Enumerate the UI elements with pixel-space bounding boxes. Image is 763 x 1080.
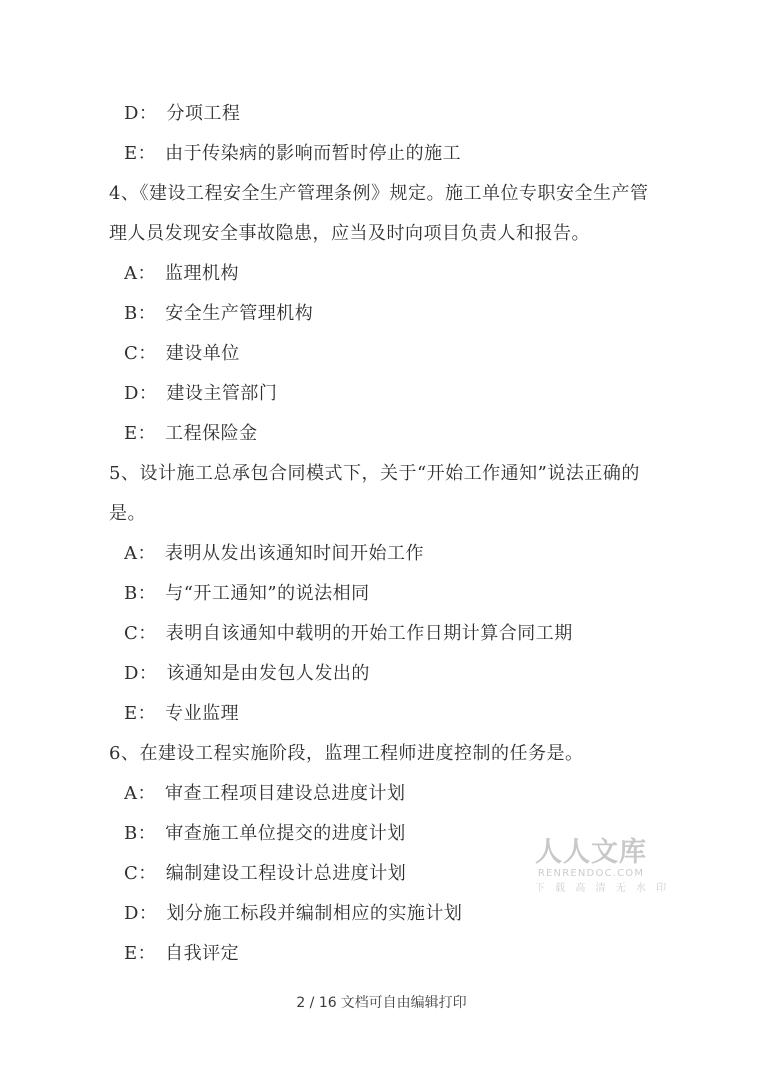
option-text: 专业监理: [165, 703, 239, 724]
option-text: 表明从发出该通知时间开始工作: [165, 543, 424, 564]
watermark: 人人文库 RENRENDOC.COM 下 载 高 清 无 水 印: [535, 839, 647, 896]
option-letter: E：: [124, 934, 156, 974]
option-letter: E：: [124, 694, 156, 734]
option-text: 该通知是由发包人发出的: [166, 663, 370, 684]
option-letter: D：: [124, 94, 157, 134]
document-body: D：分项工程 E：由于传染病的影响而暂时停止的施工 4、《建设工程安全生产管理条…: [0, 0, 763, 974]
option-letter: B：: [124, 574, 156, 614]
option-row: D：划分施工标段并编制相应的实施计划: [0, 894, 763, 934]
option-row: D：建设主管部门: [0, 374, 763, 414]
option-text: 划分施工标段并编制相应的实施计划: [166, 903, 462, 924]
option-letter: D：: [124, 374, 157, 414]
option-text: 审查施工单位提交的进度计划: [165, 823, 406, 844]
option-text: 自我评定: [165, 943, 239, 964]
option-row: A：表明从发出该通知时间开始工作: [0, 534, 763, 574]
question-text-line: 5、设计施工总承包合同模式下，关于“开始工作通知”说法正确的: [0, 454, 763, 494]
option-text: 安全生产管理机构: [165, 303, 313, 324]
option-row: E：自我评定: [0, 934, 763, 974]
page-footer: 2 / 16文档可自由编辑打印: [0, 995, 763, 1011]
option-row: C：表明自该通知中载明的开始工作日期计算合同工期: [0, 614, 763, 654]
page-number: 2 / 16: [296, 995, 336, 1011]
option-text: 工程保险金: [165, 423, 258, 444]
watermark-domain: RENRENDOC.COM: [535, 867, 647, 880]
option-letter: B：: [124, 294, 156, 334]
option-text: 表明自该通知中载明的开始工作日期计算合同工期: [166, 623, 573, 644]
option-row: E：工程保险金: [0, 414, 763, 454]
option-text: 建设单位: [166, 343, 240, 364]
option-letter: B：: [124, 814, 156, 854]
question-text-line: 6、在建设工程实施阶段，监理工程师进度控制的任务是。: [0, 734, 763, 774]
option-text: 与“开工通知”的说法相同: [165, 583, 369, 604]
option-letter: A：: [124, 254, 156, 294]
option-letter: D：: [124, 654, 157, 694]
option-text: 建设主管部门: [166, 383, 277, 404]
option-letter: C：: [124, 854, 157, 894]
watermark-logo-text: 人人文库: [535, 839, 647, 867]
option-text: 审查工程项目建设总进度计划: [165, 783, 406, 804]
option-text: 监理机构: [165, 263, 239, 284]
option-row: E：专业监理: [0, 694, 763, 734]
option-row: A：监理机构: [0, 254, 763, 294]
option-text: 由于传染病的影响而暂时停止的施工: [165, 143, 461, 164]
option-row: D：该通知是由发包人发出的: [0, 654, 763, 694]
option-row: B：安全生产管理机构: [0, 294, 763, 334]
option-row: C：建设单位: [0, 334, 763, 374]
document-page: D：分项工程 E：由于传染病的影响而暂时停止的施工 4、《建设工程安全生产管理条…: [0, 0, 763, 1080]
question-text-line: 理人员发现安全事故隐患，应当及时向项目负责人和报告。: [0, 214, 763, 254]
option-row: B：与“开工通知”的说法相同: [0, 574, 763, 614]
option-letter: D：: [124, 894, 157, 934]
option-letter: C：: [124, 334, 157, 374]
watermark-tagline: 下 载 高 清 无 水 印: [535, 882, 647, 896]
option-letter: A：: [124, 534, 156, 574]
question-text-line: 4、《建设工程安全生产管理条例》规定。施工单位专职安全生产管: [0, 174, 763, 214]
option-text: 分项工程: [166, 103, 240, 124]
option-row: E：由于传染病的影响而暂时停止的施工: [0, 134, 763, 174]
footer-note: 文档可自由编辑打印: [341, 995, 467, 1011]
option-row: A：审查工程项目建设总进度计划: [0, 774, 763, 814]
option-letter: E：: [124, 414, 156, 454]
option-text: 编制建设工程设计总进度计划: [166, 863, 407, 884]
option-letter: E：: [124, 134, 156, 174]
option-letter: C：: [124, 614, 157, 654]
option-row: B：审查施工单位提交的进度计划: [0, 814, 763, 854]
option-letter: A：: [124, 774, 156, 814]
question-text-line: 是。: [0, 494, 763, 534]
option-row: D：分项工程: [0, 94, 763, 134]
